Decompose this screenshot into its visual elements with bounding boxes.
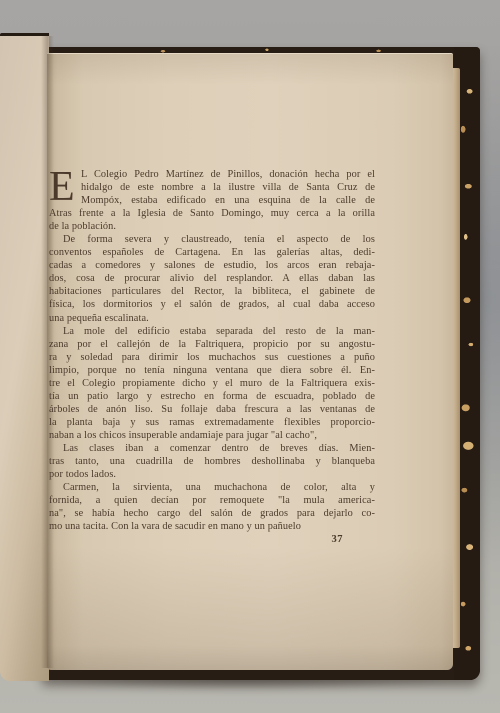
text-line: física, los dormitorios y el salón de gr… xyxy=(49,298,375,311)
text-line: tre el Colegio propiamente dicho y el mu… xyxy=(49,377,375,390)
text-line: habitaciones particulares del Rector, la… xyxy=(49,285,375,298)
paragraph: EL Colegio Pedro Martínez de Pinillos, d… xyxy=(49,168,375,233)
text-line: limpio, porque no tenía ninguna ventana … xyxy=(49,364,375,377)
text-line: dos, cosa de procurar alivio del resplan… xyxy=(49,272,375,285)
text-line: naban a los chicos insuperable andamiaje… xyxy=(49,429,375,442)
paragraph: Carmen, la sirvienta, una muchachona de … xyxy=(49,481,375,533)
text-line: Mompóx, estaba edificado en una esquina … xyxy=(49,194,375,207)
text-line: por todos lados. xyxy=(49,468,375,481)
text-line: La mole del edificio estaba separada del… xyxy=(49,325,375,338)
text-line: cadas a comedores y salones de estudio, … xyxy=(49,259,375,272)
drop-cap: E xyxy=(49,168,77,206)
text-line: una pequeña escalinata. xyxy=(49,312,375,325)
text-line: tía un patio largo y estrecho en forma d… xyxy=(49,390,375,403)
text-line: Atras frente a la Iglesia de Santo Domin… xyxy=(49,207,375,220)
text-line: hidalgo de este nombre a la ilustre vill… xyxy=(49,181,375,194)
text-line: zana por el callejón de la Faltriquera, … xyxy=(49,338,375,351)
text-line: árboles de anón liso. Su follaje daba fr… xyxy=(49,403,375,416)
text-line: de la población. xyxy=(49,220,375,233)
paragraph: La mole del edificio estaba separada del… xyxy=(49,325,375,442)
page-number: 37 xyxy=(49,534,375,545)
paragraph: De forma severa y claustreado, tenía el … xyxy=(49,233,375,324)
text-line: L Colegio Pedro Martínez de Pinillos, do… xyxy=(49,168,375,181)
text-line: Carmen, la sirvienta, una muchachona de … xyxy=(49,481,375,494)
text-line: na", se había hecho cargo del salón de g… xyxy=(49,507,375,520)
text-line: De forma severa y claustreado, tenía el … xyxy=(49,233,375,246)
text-line: conventos españoles de Cartagena. En las… xyxy=(49,246,375,259)
left-page-edge xyxy=(0,33,49,681)
text-line: mo una tacita. Con la vara de sacudir en… xyxy=(49,520,375,533)
text-line: fornida, a quien decían por remoquete "l… xyxy=(49,494,375,507)
text-block: EL Colegio Pedro Martínez de Pinillos, d… xyxy=(49,168,375,533)
paragraph: Las clases iban a comenzar dentro de bre… xyxy=(49,442,375,481)
text-line: ra y soledad para dirimir los muchachos … xyxy=(49,351,375,364)
text-line: Las clases iban a comenzar dentro de bre… xyxy=(49,442,375,455)
text-line: la planta baja y sus ramas extremadament… xyxy=(49,416,375,429)
text-line: tras tanto, una cuadrilla de hombres des… xyxy=(49,455,375,468)
book-photo-scene: EL Colegio Pedro Martínez de Pinillos, d… xyxy=(0,0,500,713)
